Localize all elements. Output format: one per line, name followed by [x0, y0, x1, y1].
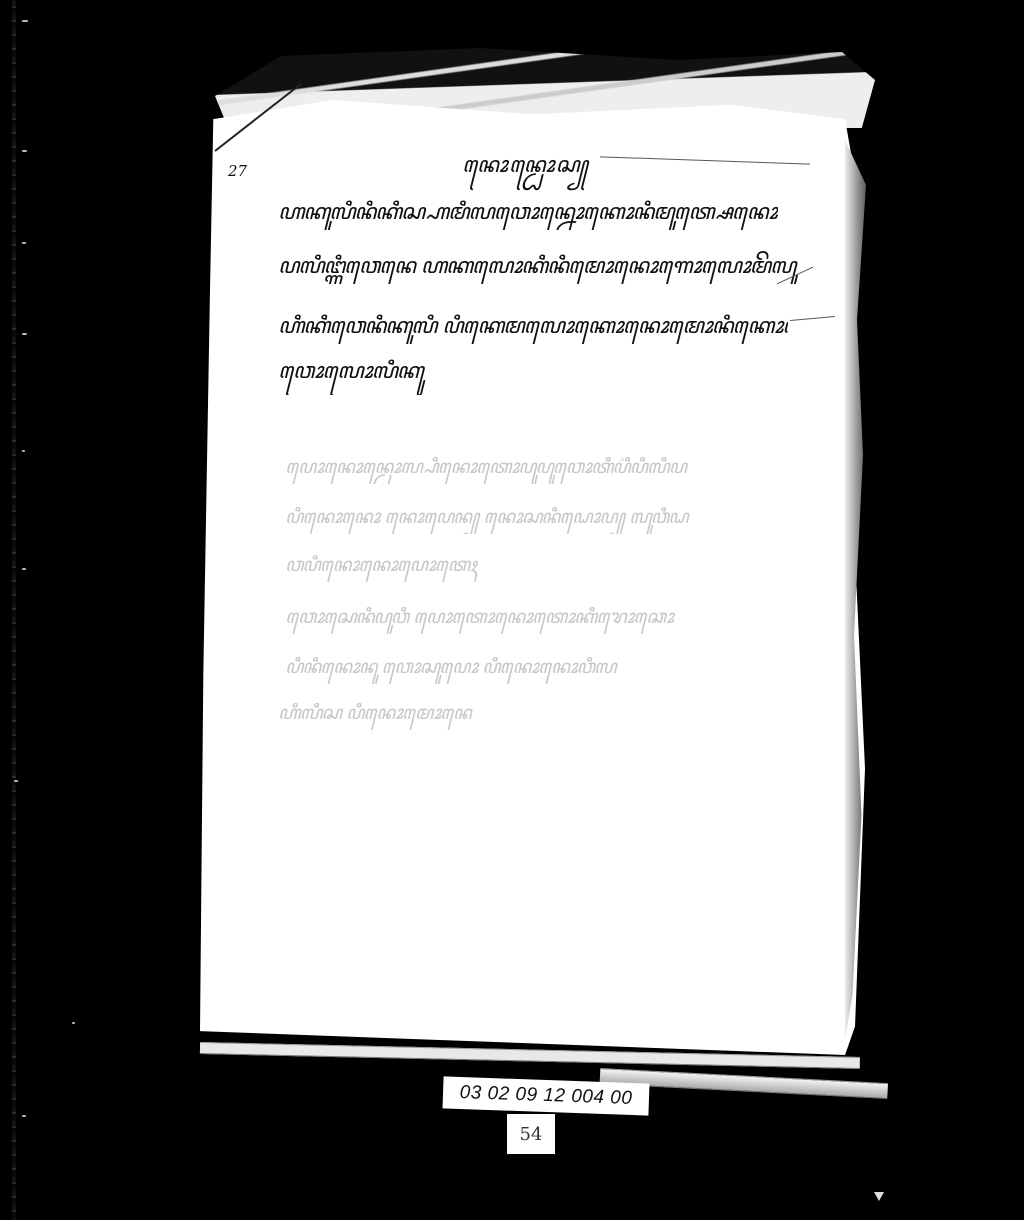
- faded-line-6: ꦲꦶꦭꦶꦱ ꦥꦶꦤꦺꦴꦩꦺꦴꦤꦺ: [278, 696, 498, 730]
- scanner-edge-strip: [12, 0, 16, 1220]
- faded-line-4: ꦮꦺꦴꦱꦺꦤꦶꦥꦸꦮꦶ ꦥꦺꦴꦠꦺꦴꦤꦺꦴꦠꦺꦴꦏꦶꦫꦺꦴꦕꦺꦴ: [285, 600, 790, 634]
- dust-speck: [22, 20, 28, 22]
- corner-marker: [874, 1192, 884, 1201]
- page-right-edge: [845, 140, 875, 1040]
- faded-line-5: ꦥꦶꦤꦶꦤꦺꦴꦤꦸ ꦮꦺꦴꦱꦸꦥꦺꦴ ꦥꦶꦤꦺꦴꦤꦺꦴꦮꦶꦭ: [285, 650, 775, 684]
- manuscript-line-3: ꦲꦶꦏꦶꦮꦺꦤꦶꦏꦸꦭꦶ ꦥꦶꦏꦺꦩꦭꦺꦴꦏꦺꦴꦤꦺꦴꦩꦺꦴꦤꦶꦏꦺꦴꦤꦸꦏꦶꦮ: [278, 310, 788, 344]
- page-number-tag: 54: [507, 1114, 555, 1154]
- dust-speck: [14, 780, 18, 782]
- dust-speck: [22, 150, 27, 152]
- page-heading: ꦤꦺꦴꦤ꧀ꦝꦺꦴꦱ꧀: [462, 148, 589, 193]
- dust-speck: [22, 1115, 26, 1117]
- dust-speck: [22, 333, 27, 335]
- manuscript-line-1: ꦲꦏꦸꦭꦶꦤꦶꦏꦶꦱ꧀ꦲꦩꦶꦭꦮꦺꦴꦤ꧀ꦤꦺꦴꦏꦺꦴꦤꦶꦩꦸꦠ꧀ꦱꦺꦤꦺꦴꦥꦠꦶ…: [278, 196, 778, 230]
- faded-line-2: ꦥꦶꦤꦺꦴꦤꦺꦴ ꦤꦺꦴꦥꦺꦤ꧀ ꦤꦺꦴꦱꦤꦶꦝꦺꦴꦥ꧀ ꦭꦸꦮꦶꦝ: [285, 500, 785, 534]
- archive-catalog-label: 03 02 09 12 004 00: [443, 1076, 650, 1115]
- manuscript-line-2: ꦥꦭꦶꦔ꧀ꦒꦶꦮꦺꦤꦺ ꦲꦏꦭꦺꦴꦏꦶꦤꦶꦩꦺꦴꦤꦺꦴꦒꦺꦴꦭꦺꦴꦩꦼꦭꦸ ꦤꦺ…: [278, 250, 798, 284]
- faded-line-1: ꦥꦺꦴꦤꦺꦴꦤ꧀ꦝꦺꦴꦭ꧀ꦥꦶꦤꦺꦴꦠꦺꦴꦥꦸꦥꦸꦮꦺꦴꦠꦶꦥ꦳ꦶꦥꦶꦭꦶꦥ: [285, 450, 785, 484]
- folio-number: 27: [228, 162, 247, 180]
- dust-speck: [22, 568, 26, 570]
- dust-speck: [22, 450, 25, 452]
- manuscript-line-4: ꦮꦺꦴꦭꦺꦴꦭꦶꦏꦸ: [278, 355, 428, 395]
- faded-line-3: ꦮꦥꦶꦤꦺꦴꦤꦺꦴꦥꦺꦴꦠꦺꦃ: [285, 548, 515, 582]
- dust-speck: [22, 242, 26, 244]
- dust-speck: [72, 1022, 75, 1024]
